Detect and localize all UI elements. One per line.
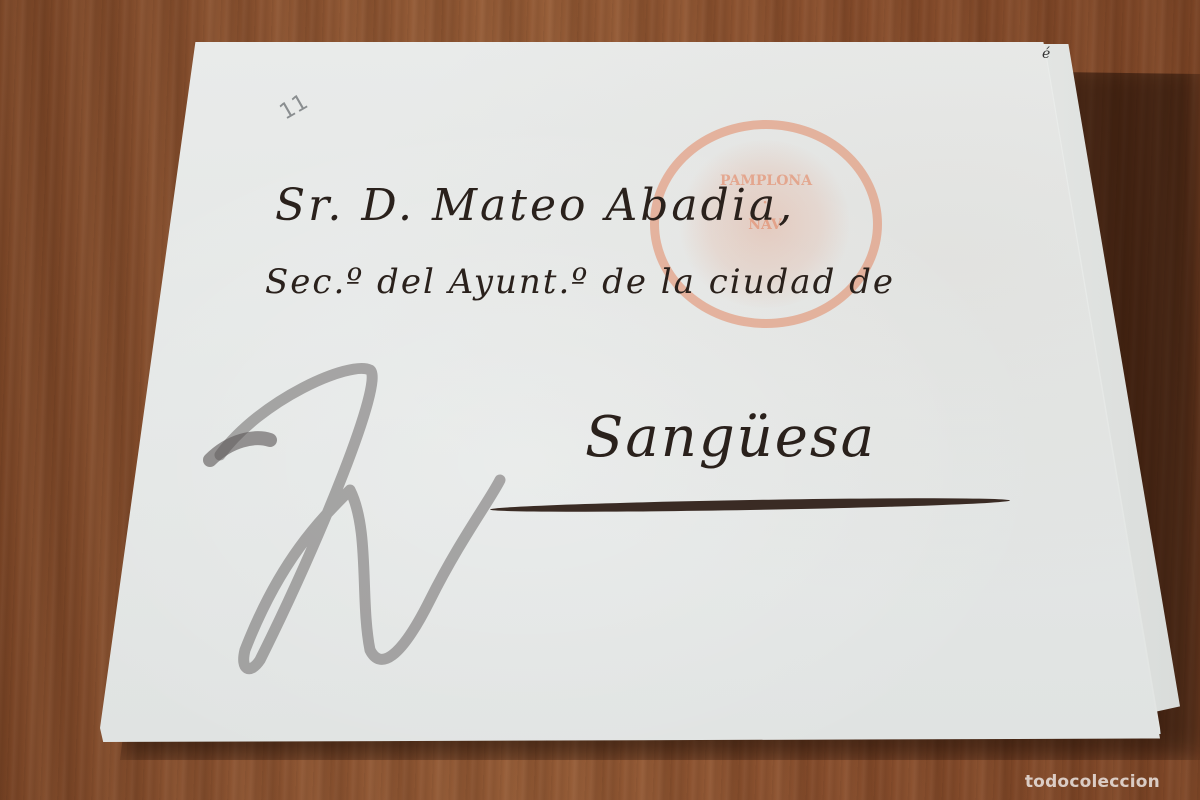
corner-mark: é [1042,46,1050,62]
destination-city: Sangüesa [585,405,876,470]
address-line-1: Sr. D. Mateo Abadia, [275,180,795,231]
photo-scene: 11 é PAMPLONA · NAV Sr. D. Mateo Abadia,… [0,0,1200,800]
watermark: todocoleccion [1025,772,1160,792]
rate-mark-icon [200,340,520,680]
address-line-2: Sec.º del Ayunt.º de la ciudad de [265,262,895,302]
